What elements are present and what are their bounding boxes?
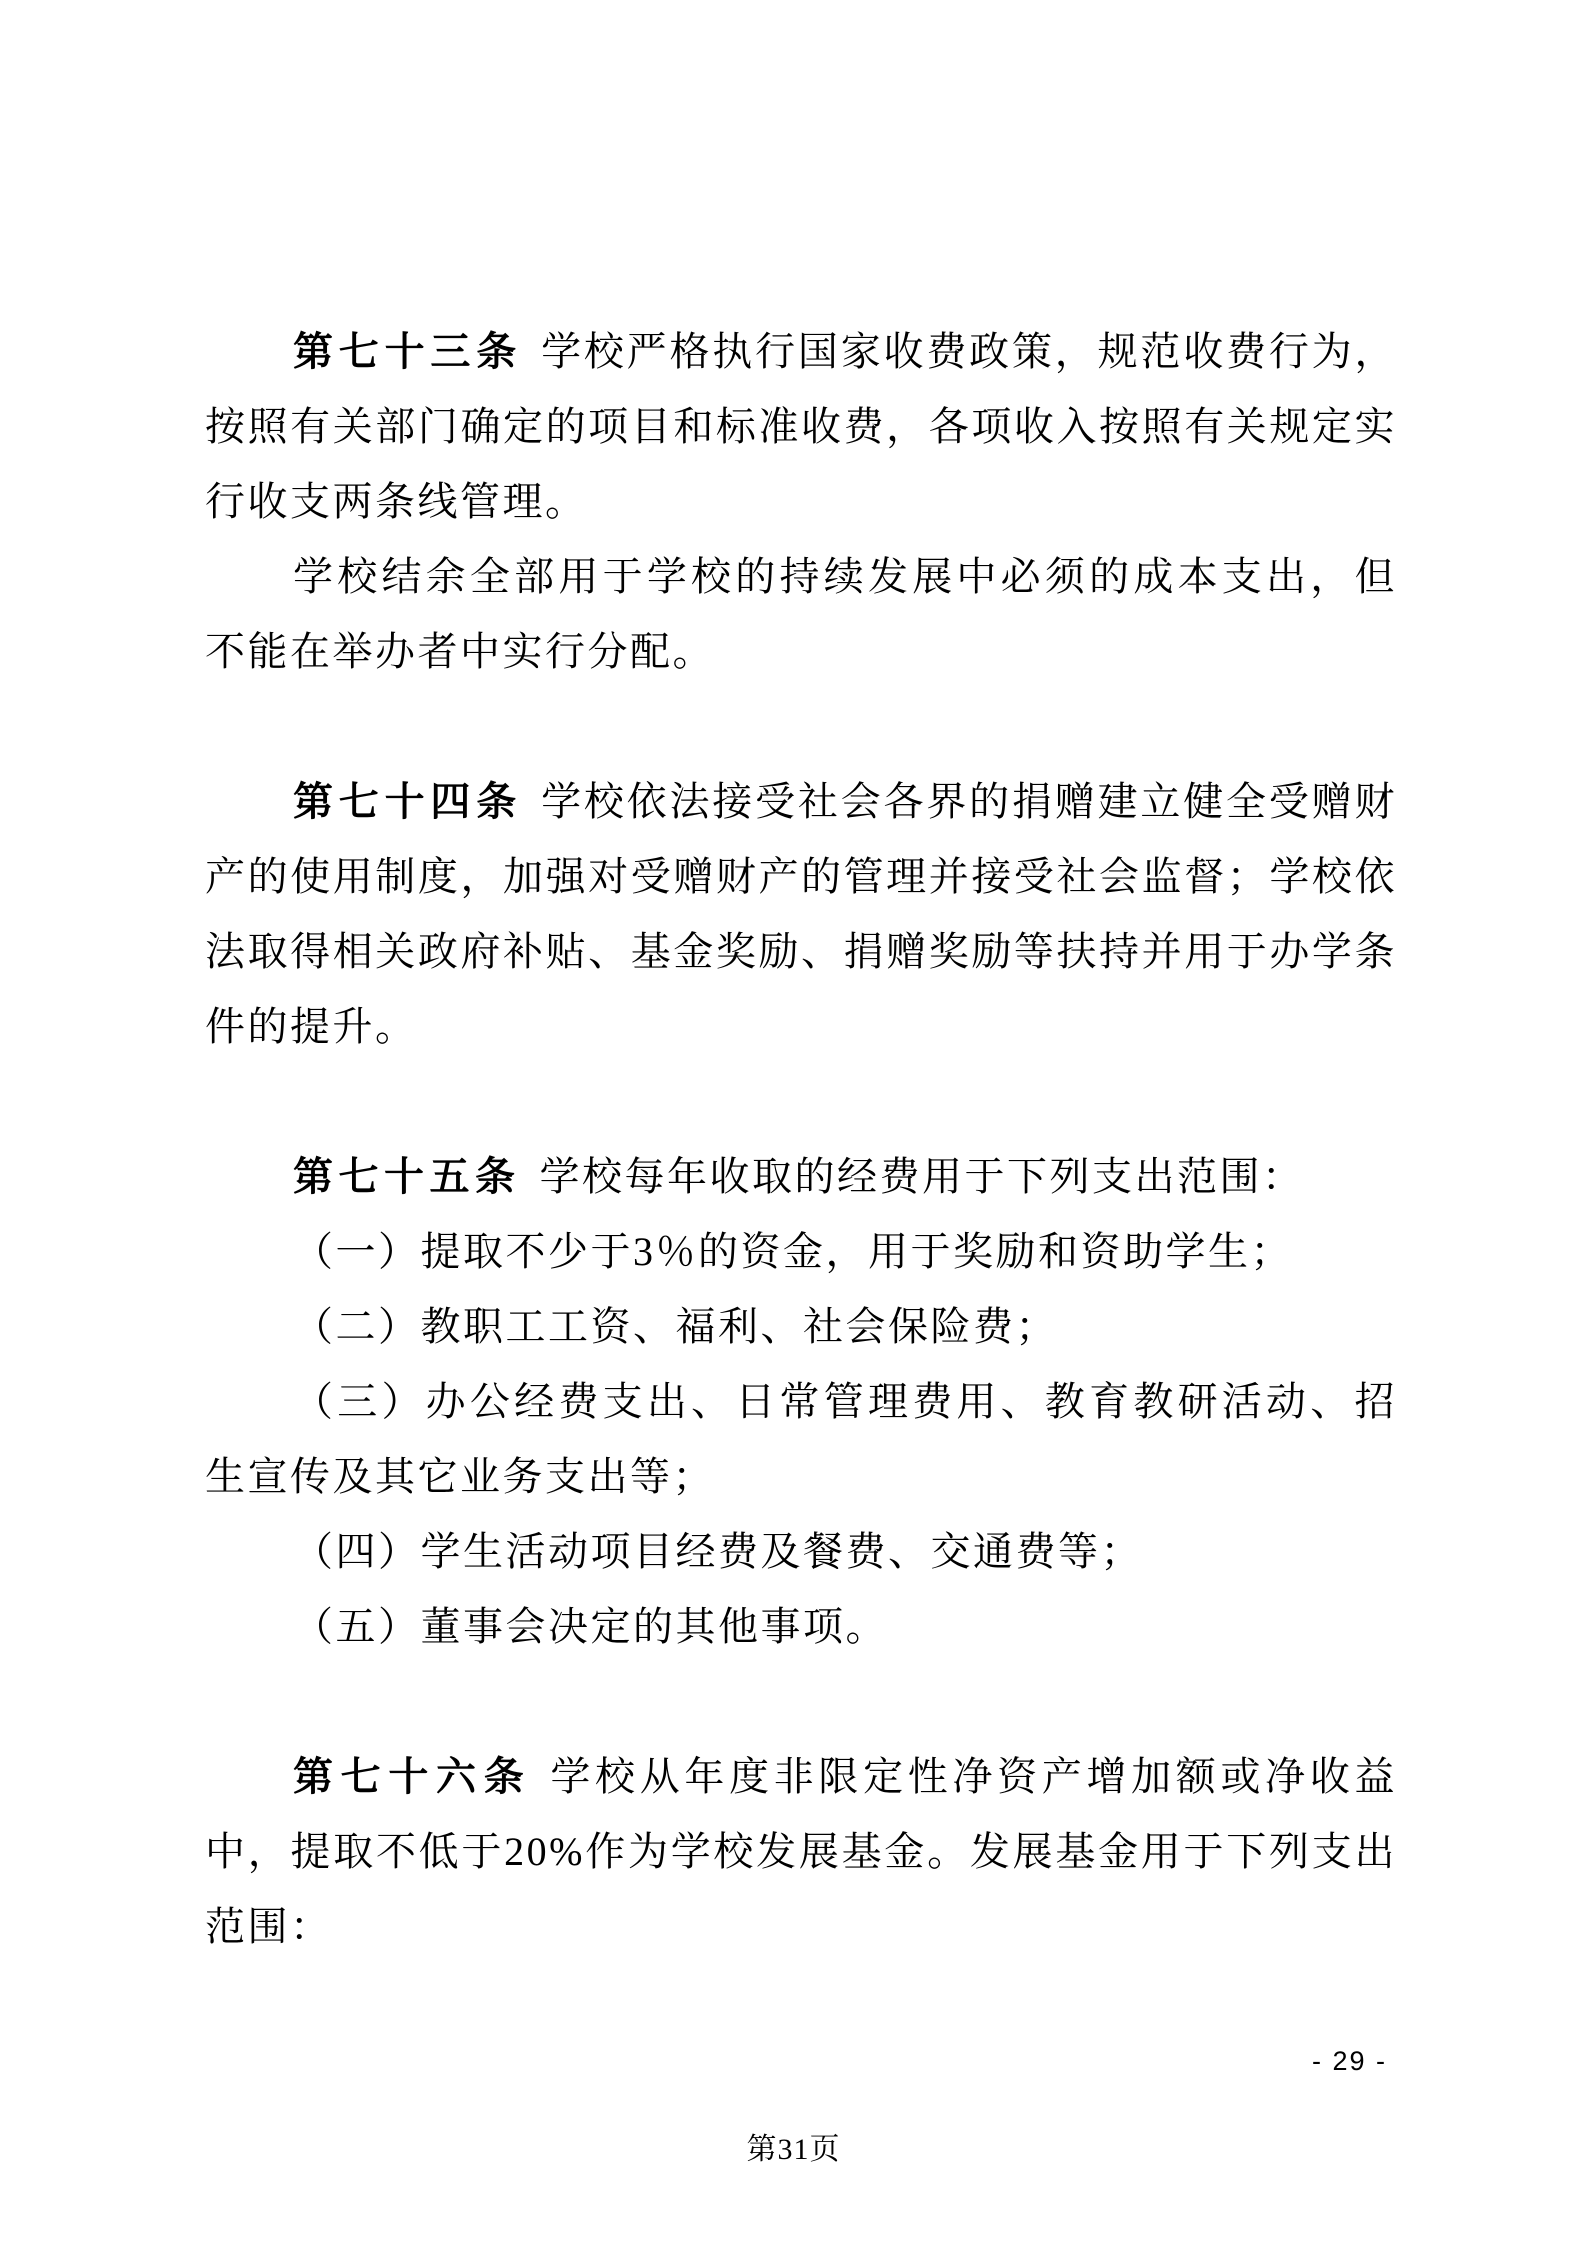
body-paragraph: （二）教职工工资、福利、社会保险费； xyxy=(205,1289,1397,1364)
body-paragraph: （一）提取不少于3％的资金，用于奖励和资助学生； xyxy=(205,1214,1397,1289)
article-number: 第七十三条 xyxy=(293,329,522,374)
paragraph-gap xyxy=(205,1064,1397,1139)
body-paragraph: （四）学生活动项目经费及餐费、交通费等； xyxy=(205,1514,1397,1589)
article-paragraph: 第七十五条学校每年收取的经费用于下列支出范围： xyxy=(205,1139,1397,1214)
paragraph-gap xyxy=(205,1664,1397,1739)
article-number: 第七十四条 xyxy=(293,779,522,824)
body-paragraph: （五）董事会决定的其他事项。 xyxy=(205,1589,1397,1664)
article-paragraph: 第七十四条学校依法接受社会各界的捐赠建立健全受赠财产的使用制度，加强对受赠财产的… xyxy=(205,764,1397,1064)
footer-page-label: 第31页 xyxy=(0,2124,1587,2168)
body-paragraph: 学校结余全部用于学校的持续发展中必须的成本支出，但不能在举办者中实行分配。 xyxy=(205,539,1397,689)
article-paragraph: 第七十三条学校严格执行国家收费政策，规范收费行为，按照有关部门确定的项目和标准收… xyxy=(205,314,1397,539)
document-body: 第七十三条学校严格执行国家收费政策，规范收费行为，按照有关部门确定的项目和标准收… xyxy=(205,314,1397,1964)
corner-page-number: - 29 - xyxy=(0,2046,1387,2077)
article-paragraph: 第七十六条学校从年度非限定性净资产增加额或净收益中，提取不低于20%作为学校发展… xyxy=(205,1739,1397,1964)
paragraph-gap xyxy=(205,689,1397,764)
body-paragraph: （三）办公经费支出、日常管理费用、教育教研活动、招生宣传及其它业务支出等； xyxy=(205,1364,1397,1514)
article-number: 第七十六条 xyxy=(293,1754,531,1799)
article-number: 第七十五条 xyxy=(293,1154,521,1199)
document-page: 第七十三条学校严格执行国家收费政策，规范收费行为，按照有关部门确定的项目和标准收… xyxy=(0,0,1587,2245)
